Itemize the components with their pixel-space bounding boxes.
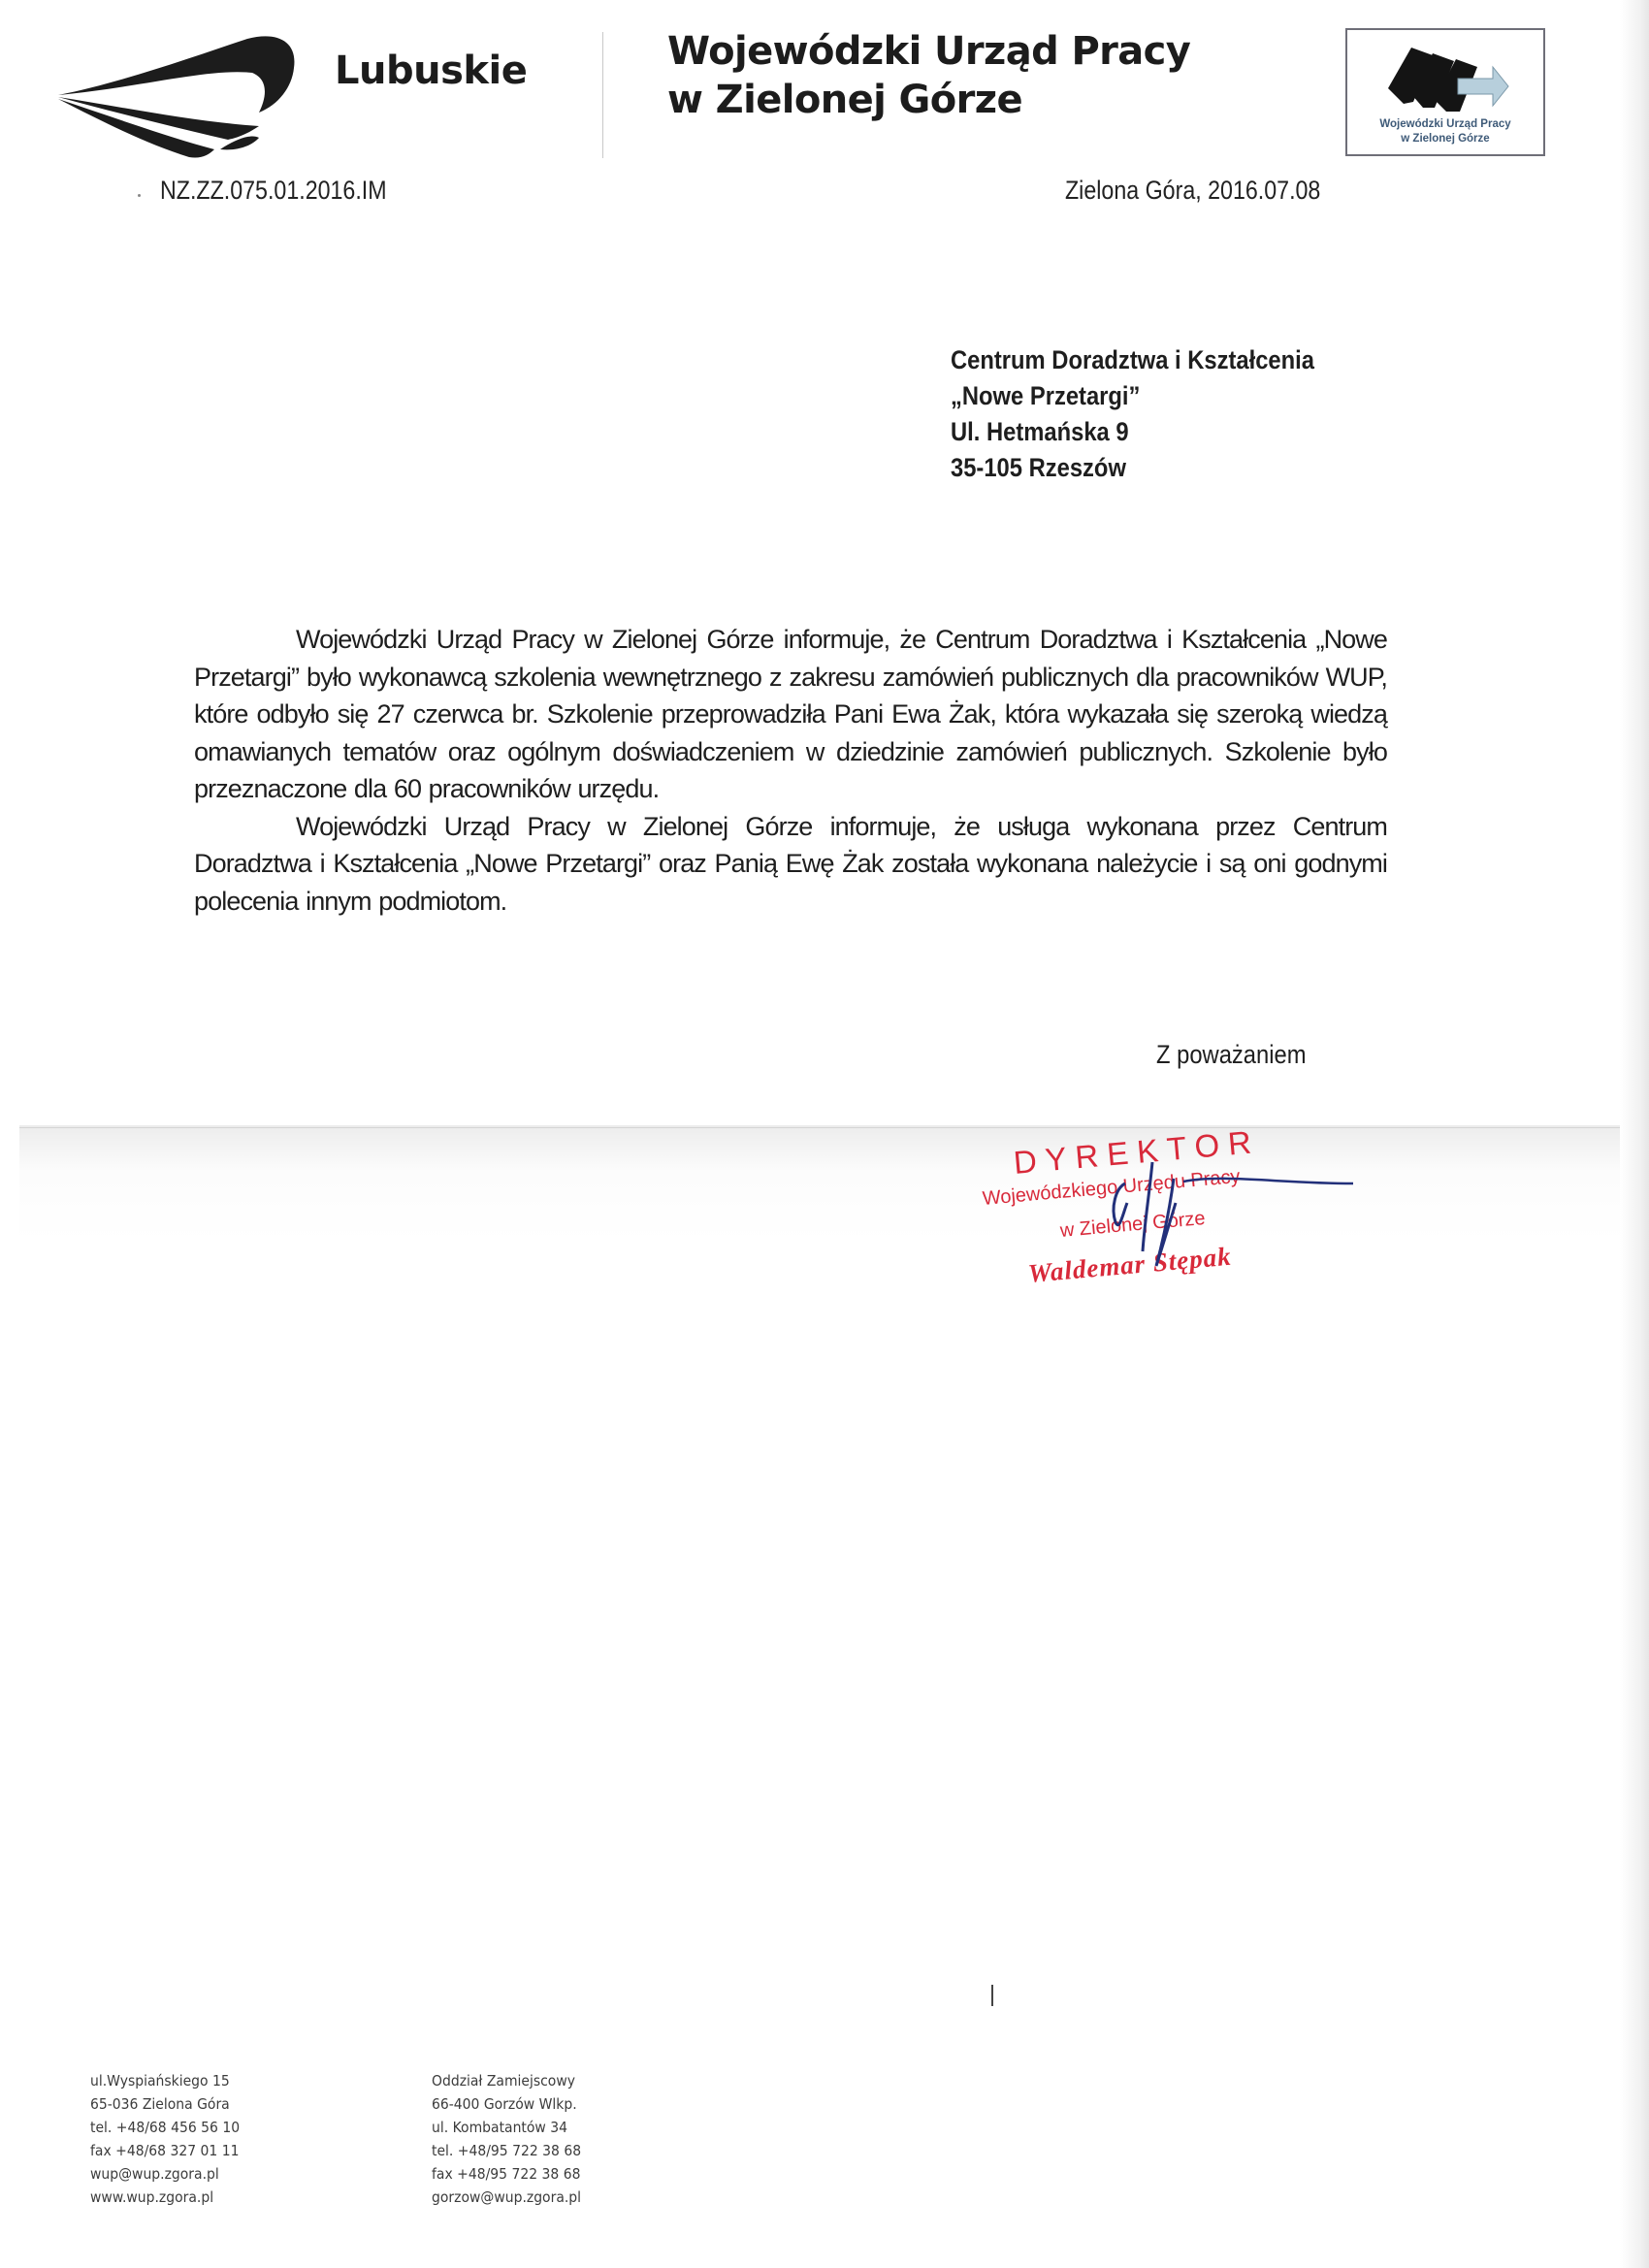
page-edge-shadow: [1620, 0, 1649, 2268]
recipient-address: Centrum Doradztwa i Kształcenia „Nowe Pr…: [951, 342, 1314, 486]
paper-fold-line: [19, 1127, 1620, 1128]
footer-address-line: 66-400 Gorzów Wlkp.: [432, 2092, 581, 2116]
handwritten-signature-icon: [1106, 1154, 1358, 1271]
wup-arrow-icon: [1384, 40, 1510, 113]
wup-logo: Wojewódzki Urząd Pracy w Zielonej Górze: [1345, 28, 1545, 156]
recipient-line: „Nowe Przetargi”: [951, 378, 1314, 414]
footer-address-line: 65-036 Zielona Góra: [90, 2092, 240, 2116]
footer-branch-title: Oddział Zamiejscowy: [432, 2069, 581, 2092]
recipient-line: 35-105 Rzeszów: [951, 450, 1314, 486]
closing-phrase: Z poważaniem: [1156, 1040, 1307, 1070]
office-title: Wojewódzki Urząd Pracy w Zielonej Górze: [667, 27, 1190, 124]
recipient-line: Ul. Hetmańska 9: [951, 414, 1314, 450]
body-paragraph: Wojewódzki Urząd Pracy w Zielonej Górze …: [194, 621, 1387, 808]
letter-body: Wojewódzki Urząd Pracy w Zielonej Górze …: [194, 621, 1387, 920]
body-paragraph: Wojewódzki Urząd Pracy w Zielonej Górze …: [194, 808, 1387, 921]
lubuskie-sail-icon: [53, 29, 315, 165]
recipient-line: Centrum Doradztwa i Kształcenia: [951, 342, 1314, 378]
footer-website: www.wup.zgora.pl: [90, 2186, 240, 2209]
footer-main-office: ul.Wyspiańskiego 15 65-036 Zielona Góra …: [90, 2069, 240, 2209]
footer-address-line: ul. Kombatantów 34: [432, 2116, 581, 2139]
footer-fax: fax +48/95 722 38 68: [432, 2162, 581, 2186]
scan-mark: [991, 1985, 993, 2006]
footer-phone: tel. +48/95 722 38 68: [432, 2139, 581, 2162]
footer-fax: fax +48/68 327 01 11: [90, 2139, 240, 2162]
wup-logo-line2: w Zielonej Górze: [1347, 132, 1543, 146]
reference-number: NZ.ZZ.075.01.2016.IM: [160, 176, 387, 206]
footer-branch-office: Oddział Zamiejscowy 66-400 Gorzów Wlkp. …: [432, 2069, 581, 2209]
place-date: Zielona Góra, 2016.07.08: [1065, 176, 1320, 206]
wup-logo-line1: Wojewódzki Urząd Pracy: [1347, 117, 1543, 132]
header-divider: [602, 32, 603, 158]
footer-email: wup@wup.zgora.pl: [90, 2162, 240, 2186]
footer-email: gorzow@wup.zgora.pl: [432, 2186, 581, 2209]
region-logo-text: Lubuskie: [335, 49, 527, 93]
office-title-line2: w Zielonej Górze: [667, 76, 1190, 124]
office-title-line1: Wojewódzki Urząd Pracy: [667, 27, 1190, 76]
footer-address-line: ul.Wyspiańskiego 15: [90, 2069, 240, 2092]
footer-phone: tel. +48/68 456 56 10: [90, 2116, 240, 2139]
scan-speck: [138, 194, 141, 197]
